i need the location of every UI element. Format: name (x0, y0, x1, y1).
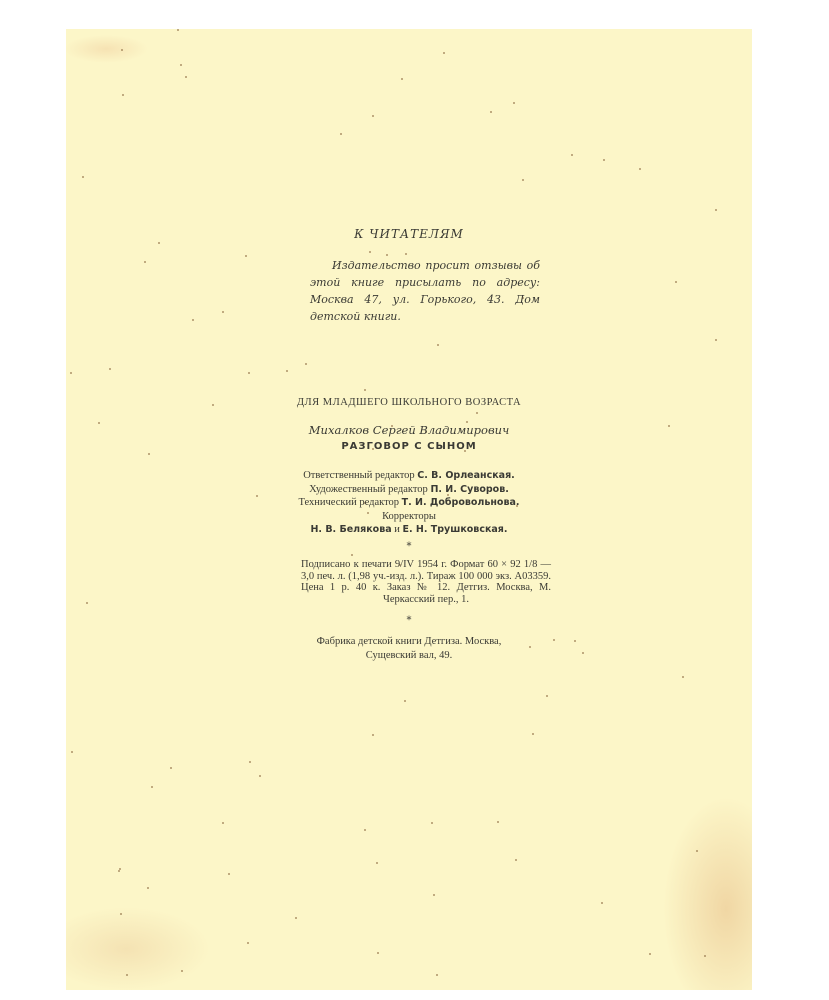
age-group: ДЛЯ МЛАДШЕГО ШКОЛЬНОГО ВОЗРАСТА (66, 396, 752, 410)
credits: Ответственный редактор С. В. Орлеанская.… (66, 469, 752, 537)
separator-star: * (66, 615, 752, 626)
credit-line: Технический редактор Т. И. Добровольнова… (66, 496, 752, 510)
print-info: Подписано к печати 9/IV 1954 г. Формат 6… (301, 559, 551, 605)
author-name: Михалков Сергей Владимирович (66, 423, 752, 437)
credit-line: Корректоры (66, 510, 752, 524)
to-readers-heading: К ЧИТАТЕЛЯМ (66, 227, 752, 241)
factory-info: Фабрика детской книги Детгиза. Москва, С… (66, 635, 752, 662)
factory-line: Сущевский вал, 49. (66, 649, 752, 663)
credit-line: Н. В. Белякова и Е. Н. Трушковская. (66, 523, 752, 537)
credit-line: Художественный редактор П. И. Суворов. (66, 483, 752, 497)
separator-star: * (66, 541, 752, 552)
factory-line: Фабрика детской книги Детгиза. Москва, (66, 635, 752, 649)
book-title: РАЗГОВОР С СЫНОМ (66, 441, 752, 452)
book-page: К ЧИТАТЕЛЯМ Издательство просит отзывы о… (66, 29, 752, 990)
credit-line: Ответственный редактор С. В. Орлеанская. (66, 469, 752, 483)
to-readers-body: Издательство просит отзывы об этой книге… (310, 257, 540, 325)
